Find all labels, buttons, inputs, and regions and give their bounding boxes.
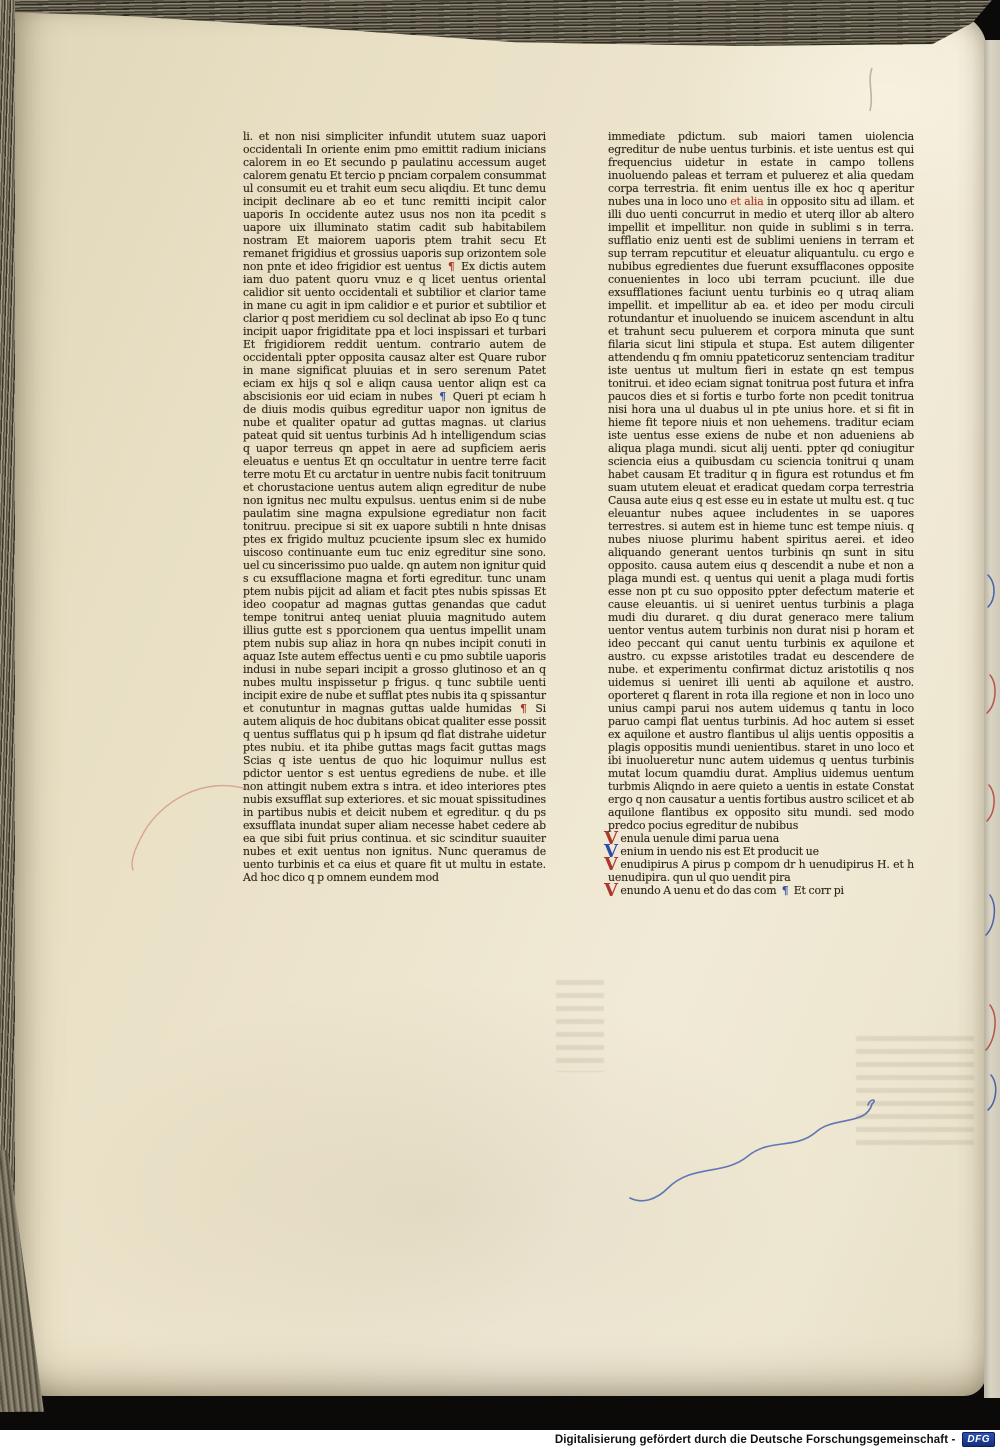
glossary-entry: Venundo A uenu et do das com ¶ Et corr p… xyxy=(608,884,914,897)
ink-bleed-through xyxy=(556,980,604,1072)
fore-edge-penwork-icon xyxy=(984,555,1000,1155)
glossary-entry: Venula uenule dimi parua uena xyxy=(608,832,914,845)
manuscript-scan: li. et non nisi simpliciter infundit utu… xyxy=(0,0,1000,1449)
next-page-fore-edge xyxy=(984,40,1000,1398)
pilcrow-mark: ¶ xyxy=(779,884,791,897)
lombardic-initial: V xyxy=(604,858,620,871)
text-run: et alia xyxy=(730,195,763,208)
text-run: Si autem aliquis de hoc dubitans obicat … xyxy=(243,702,546,884)
text-run: in opposito situ ad illam. et illi duo u… xyxy=(608,195,914,832)
glossary-entry: Venium in uendo nis est Et producit ue xyxy=(608,845,914,858)
glossary-entry: Venudipirus A pirus p compom dr h uenudi… xyxy=(608,858,914,884)
text-run: Ex dictis autem iam duo patent quoru vnu… xyxy=(243,260,546,403)
digitization-credit-bar: Digitalisierung gefördert durch die Deut… xyxy=(0,1430,1000,1449)
text-run: Queri pt eciam h de diuis modis quibus e… xyxy=(243,390,546,715)
text-column-left: li. et non nisi simpliciter infundit utu… xyxy=(243,130,546,884)
glossary-entries: Venula uenule dimi parua uenaVenium in u… xyxy=(608,832,914,897)
ink-bleed-through xyxy=(856,1036,974,1146)
pilcrow-mark: ¶ xyxy=(437,390,449,403)
pilcrow-mark: ¶ xyxy=(518,702,530,715)
credit-text: Digitalisierung gefördert durch die Deut… xyxy=(555,1434,956,1446)
text-run: li. et non nisi simpliciter infundit utu… xyxy=(243,130,546,273)
text-column-right: immediate pdictum. sub maiori tamen uiol… xyxy=(608,130,914,897)
pilcrow-mark: ¶ xyxy=(445,260,457,273)
lombardic-initial: V xyxy=(604,884,620,897)
dfg-logo: DFG xyxy=(962,1432,995,1447)
